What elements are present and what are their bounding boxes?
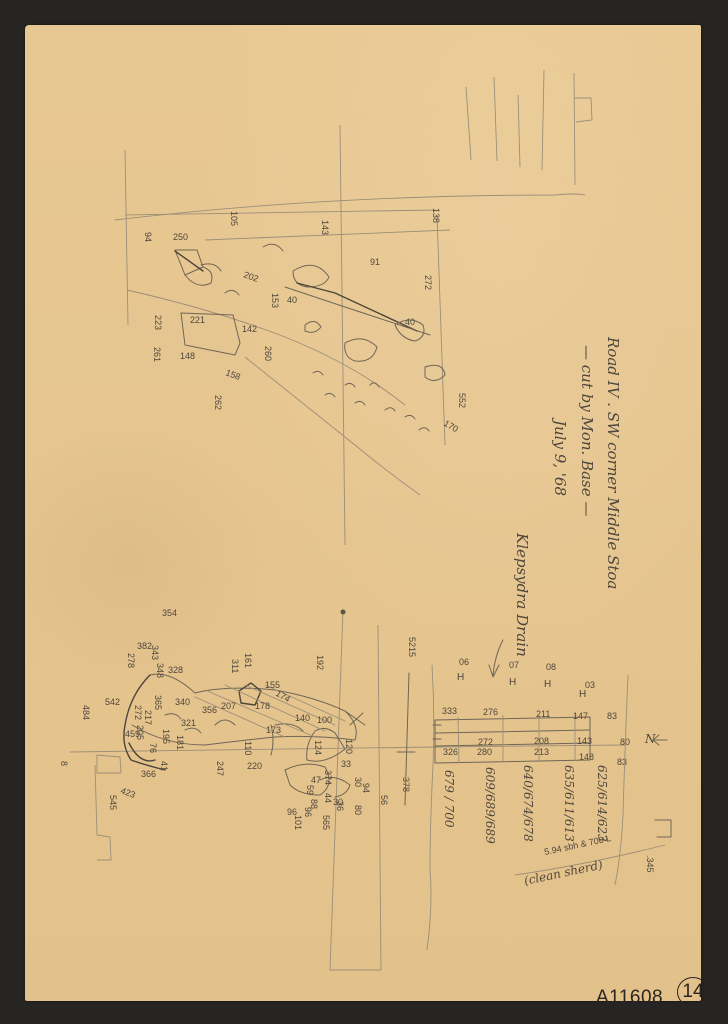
svg-text:.345: .345 — [645, 855, 655, 873]
svg-text:635/611/613: 635/611/613 — [562, 765, 576, 842]
svg-text:178: 178 — [255, 701, 270, 711]
svg-text:03: 03 — [585, 680, 595, 690]
svg-text:278: 278 — [126, 653, 136, 668]
svg-text:101: 101 — [293, 815, 303, 830]
svg-text:142: 142 — [242, 324, 257, 334]
svg-text:262: 262 — [213, 395, 223, 410]
svg-text:181: 181 — [175, 735, 185, 750]
svg-text:326: 326 — [443, 747, 458, 757]
svg-text:H: H — [457, 672, 464, 683]
svg-text:5.94 sbh & 700 L: 5.94 sbh & 700 L — [543, 833, 612, 857]
svg-text:545: 545 — [108, 795, 118, 810]
svg-text:276: 276 — [483, 707, 498, 717]
svg-text:153: 153 — [270, 293, 280, 308]
svg-text:110: 110 — [243, 741, 253, 755]
pencil-sketch: 94 250 105 202 143 91 40 153 272 40 138 … — [25, 25, 701, 1001]
svg-text:348: 348 — [155, 663, 165, 678]
svg-text:44: 44 — [323, 793, 333, 803]
upper-sketch-labels: 94 250 105 202 143 91 40 153 272 40 138 … — [143, 208, 467, 434]
svg-text:138: 138 — [431, 208, 441, 223]
svg-text:272: 272 — [478, 737, 493, 747]
svg-text:140: 140 — [295, 713, 310, 723]
svg-text:H: H — [544, 679, 551, 690]
svg-text:30: 30 — [333, 797, 343, 807]
svg-text:147: 147 — [573, 711, 588, 721]
svg-text:311: 311 — [230, 659, 240, 673]
svg-text:208: 208 — [534, 736, 549, 746]
svg-text:143: 143 — [320, 220, 330, 235]
svg-text:261: 261 — [152, 347, 162, 362]
svg-text:382: 382 — [137, 641, 152, 651]
svg-text:374: 374 — [323, 770, 333, 785]
drain-label: Klepsydra Drain — [513, 532, 531, 657]
svg-text:202: 202 — [242, 269, 260, 284]
section-drawing: 06 H 07 H 08 H 03 H 333 276 211 147 83 2… — [433, 657, 671, 888]
svg-text:354: 354 — [162, 608, 177, 618]
svg-text:06: 06 — [459, 657, 469, 667]
svg-text:148: 148 — [180, 351, 195, 361]
svg-text:173: 173 — [266, 725, 281, 735]
svg-text:33: 33 — [341, 759, 351, 769]
svg-text:40: 40 — [287, 295, 297, 305]
svg-text:148: 148 — [579, 752, 594, 762]
svg-text:83: 83 — [607, 711, 617, 721]
svg-text:552: 552 — [457, 393, 467, 408]
title-line-2: — cut by Mon. Base — — [578, 345, 596, 516]
svg-text:H: H — [509, 677, 516, 688]
svg-text:565: 565 — [321, 815, 331, 830]
svg-text:91: 91 — [370, 257, 380, 267]
svg-text:207: 207 — [221, 701, 236, 711]
svg-text:221: 221 — [190, 315, 205, 325]
svg-text:5215: 5215 — [407, 637, 417, 657]
svg-text:80: 80 — [353, 805, 363, 815]
catalog-number: A11608 — [596, 987, 663, 1009]
notebook-page: 94 250 105 202 143 91 40 153 272 40 138 … — [25, 25, 701, 1001]
svg-text:356: 356 — [202, 705, 217, 715]
svg-text:08: 08 — [546, 662, 556, 672]
lower-sketch-labels: 354 343 382 278 348 328 542 484 272 365 … — [59, 608, 417, 830]
svg-text:120: 120 — [344, 739, 354, 754]
svg-text:211: 211 — [536, 709, 550, 719]
svg-text:174: 174 — [274, 688, 292, 704]
svg-text:247: 247 — [215, 761, 225, 776]
svg-text:192: 192 — [315, 655, 325, 670]
survey-point — [341, 610, 346, 615]
svg-text:250: 250 — [173, 232, 188, 242]
svg-text:423: 423 — [119, 785, 137, 800]
title-notes: Road IV . SW corner Middle Stoa — cut by… — [489, 336, 622, 677]
svg-text:47: 47 — [311, 775, 321, 785]
svg-text:260: 260 — [263, 346, 273, 361]
svg-text:625/614/623: 625/614/623 — [595, 765, 609, 842]
svg-text:333: 333 — [442, 706, 457, 716]
svg-text:H: H — [579, 689, 586, 700]
svg-text:143: 143 — [577, 736, 592, 746]
svg-text:340: 340 — [175, 697, 190, 707]
svg-text:161: 161 — [243, 653, 253, 668]
svg-text:220: 220 — [247, 761, 262, 771]
svg-text:272: 272 — [133, 705, 143, 720]
svg-text:272: 272 — [423, 275, 433, 290]
svg-text:321: 321 — [181, 718, 196, 728]
svg-text:124: 124 — [313, 740, 323, 755]
date: July 9, '68 — [551, 417, 569, 496]
svg-text:280: 280 — [477, 747, 492, 757]
svg-text:223: 223 — [153, 315, 163, 330]
svg-text:100: 100 — [317, 715, 332, 725]
svg-text:213: 213 — [534, 747, 549, 757]
svg-text:07: 07 — [509, 660, 519, 670]
svg-text:679 / 700: 679 / 700 — [442, 770, 456, 828]
svg-text:609/689/689: 609/689/689 — [483, 767, 497, 844]
title-line-1: Road IV . SW corner Middle Stoa — [604, 336, 622, 589]
svg-text:158: 158 — [224, 367, 242, 382]
page-number-circled: 14 — [677, 977, 709, 1007]
svg-text:40: 40 — [405, 317, 415, 327]
svg-text:542: 542 — [105, 697, 120, 707]
svg-text:56: 56 — [379, 795, 389, 805]
svg-text:105: 105 — [229, 211, 239, 226]
svg-text:366: 366 — [141, 769, 156, 779]
svg-text:76: 76 — [148, 743, 158, 753]
svg-text:59: 59 — [305, 785, 315, 795]
svg-text:217: 217 — [143, 710, 153, 725]
svg-text:8: 8 — [59, 761, 69, 766]
top-right-strokes — [115, 70, 592, 220]
svg-text:41: 41 — [159, 761, 169, 771]
svg-text:328: 328 — [168, 665, 183, 675]
svg-text:(clean sherd): (clean sherd) — [523, 858, 605, 888]
svg-text:195: 195 — [161, 729, 171, 744]
svg-text:83: 83 — [617, 757, 627, 767]
svg-text:484: 484 — [81, 705, 91, 720]
svg-text:640/674/678: 640/674/678 — [521, 765, 535, 842]
svg-text:88: 88 — [309, 799, 319, 809]
svg-text:94: 94 — [143, 232, 153, 242]
svg-text:365: 365 — [153, 695, 163, 710]
svg-text:205: 205 — [135, 725, 145, 740]
svg-text:94: 94 — [361, 783, 371, 793]
